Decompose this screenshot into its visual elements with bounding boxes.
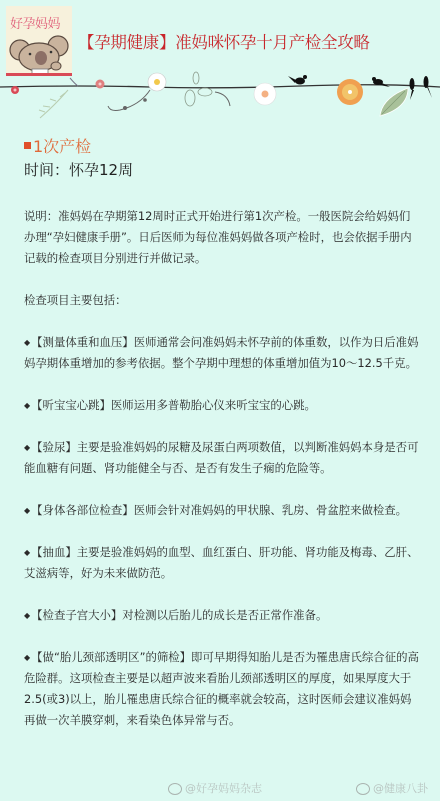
diamond-bullet-icon: ◆ <box>24 647 30 668</box>
item-label: 【检查子宫大小】 <box>31 608 122 622</box>
list-item: ◆【测量体重和血压】医师通常会问准妈妈未怀孕前的体重数，以作为日后准妈妈孕期体重… <box>24 332 420 374</box>
list-item: ◆【做“胎儿颈部透明区”的筛检】即可早期得知胎儿是否为罹患唐氏综合征的高危险群。… <box>24 647 420 731</box>
header-banner: 好孕妈妈 【孕期健康】准妈咪怀孕十月产检全攻略 <box>0 0 440 130</box>
diamond-bullet-icon: ◆ <box>24 332 30 353</box>
watermark-right-text: @健康八卦 <box>373 782 428 795</box>
item-label: 【身体各部位检查】 <box>31 503 134 517</box>
square-bullet-icon <box>24 142 31 149</box>
exam-time: 时间：怀孕12周 <box>24 159 133 180</box>
list-item: ◆【检查子宫大小】对检测以后胎儿的成长是否正常作准备。 <box>24 605 420 626</box>
watermark-right: @健康八卦 <box>356 780 428 796</box>
bird-icon <box>288 75 307 85</box>
orange-flower-icon <box>337 79 363 105</box>
page-title: 【孕期健康】准妈咪怀孕十月产检全攻略 <box>78 29 370 53</box>
watermark-left: @好孕妈妈杂志 <box>168 780 262 796</box>
weibo-icon <box>168 783 182 795</box>
white-flower-icon <box>148 73 166 91</box>
section-title-text: 1次产检 <box>33 137 91 156</box>
diamond-bullet-icon: ◆ <box>24 605 30 626</box>
list-item: ◆【验尿】主要是验准妈妈的尿糖及尿蛋白两项数值，以判断准妈妈本身是否可能血糖有问… <box>24 437 420 479</box>
title-main: 准妈咪怀孕十月产检全攻略 <box>175 33 369 52</box>
diamond-bullet-icon: ◆ <box>24 542 30 563</box>
white-flower-icon <box>254 83 276 105</box>
diamond-bullet-icon: ◆ <box>24 500 30 521</box>
list-item: ◆【身体各部位检查】医师会针对准妈妈的甲状腺、乳房、骨盆腔来做检查。 <box>24 500 420 521</box>
diamond-bullet-icon: ◆ <box>24 437 30 458</box>
article-body: 说明：准妈妈在孕期第12周时正式开始进行第1次产检。一般医院会给妈妈们办理“孕妇… <box>24 206 420 752</box>
item-label: 【抽血】 <box>31 545 77 559</box>
diamond-bullet-icon: ◆ <box>24 395 30 416</box>
title-bracket: 【孕期健康】 <box>78 33 175 52</box>
list-item: ◆【听宝宝心跳】医师运用多普勒胎心仪来听宝宝的心跳。 <box>24 395 420 416</box>
koala-logo: 好孕妈妈 <box>6 6 72 76</box>
intro-paragraph: 说明：准妈妈在孕期第12周时正式开始进行第1次产检。一般医院会给妈妈们办理“孕妇… <box>24 206 420 269</box>
koala-icon <box>6 6 72 76</box>
item-text: 主要是验准妈妈的血型、血红蛋白、肝功能、肾功能及梅毒、乙肝、艾滋病等，好为未来做… <box>24 545 418 580</box>
section-title: 1次产检 <box>24 134 91 157</box>
item-text: 对检测以后胎儿的成长是否正常作准备。 <box>122 608 327 622</box>
item-label: 【验尿】 <box>31 440 77 454</box>
floral-vine-decoration <box>0 70 440 130</box>
list-item: ◆【抽血】主要是验准妈妈的血型、血红蛋白、肝功能、肾功能及梅毒、乙肝、艾滋病等，… <box>24 542 420 584</box>
leaf-icon <box>380 88 408 116</box>
item-label: 【测量体重和血压】 <box>31 335 134 349</box>
red-flower-icon <box>11 86 19 94</box>
item-label: 【做“胎儿颈部透明区”的筛检】 <box>31 650 191 664</box>
bird-icon <box>410 78 415 100</box>
weibo-icon <box>356 783 370 795</box>
item-text: 医师会针对准妈妈的甲状腺、乳房、骨盆腔来做检查。 <box>134 503 407 517</box>
watermark-left-text: @好孕妈妈杂志 <box>185 782 262 795</box>
item-text: 主要是验准妈妈的尿糖及尿蛋白两项数值，以判断准妈妈本身是否可能血糖有问题、肾功能… <box>24 440 418 475</box>
list-heading: 检查项目主要包括： <box>24 290 420 311</box>
item-text: 医师运用多普勒胎心仪来听宝宝的心跳。 <box>111 398 316 412</box>
item-label: 【听宝宝心跳】 <box>31 398 111 412</box>
